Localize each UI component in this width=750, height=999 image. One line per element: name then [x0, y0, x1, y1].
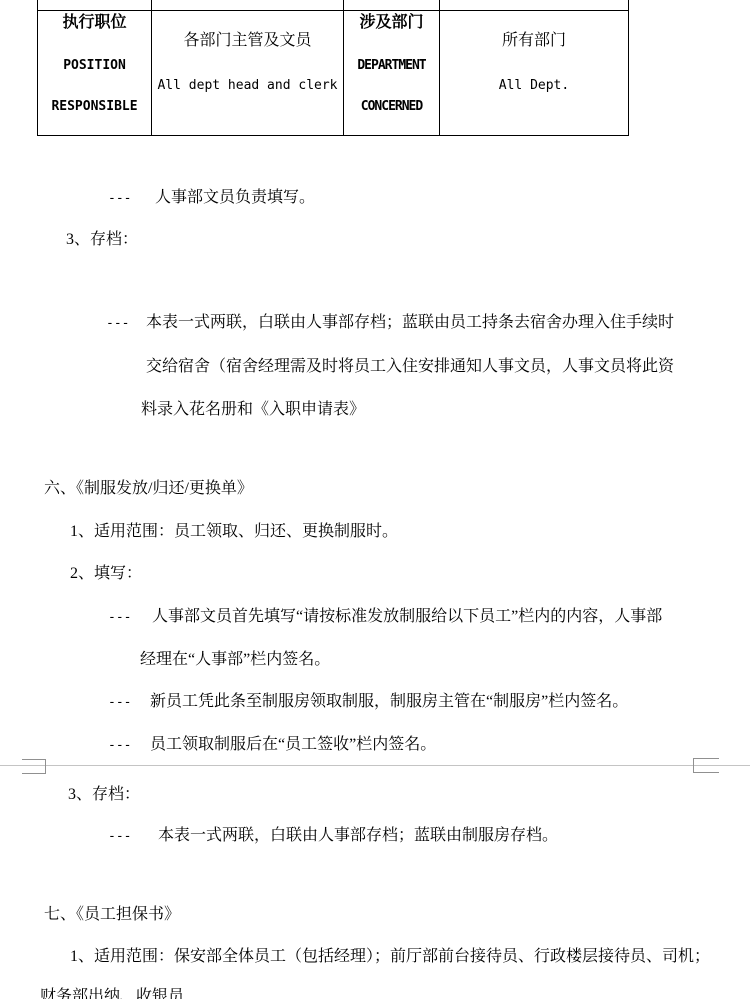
numbered-item-line: 1、适用范围：员工领取、归还、更换制服时。 — [70, 523, 398, 541]
department-header-en2: CONCERNED — [344, 98, 439, 116]
table-cell-empty — [152, 0, 344, 11]
dash-item-line: ---新员工凭此条至制服房领取制服，制服房主管在“制服房”栏内签名。 — [108, 693, 628, 712]
table-cell-empty — [38, 0, 152, 11]
position-value-en: All dept head and clerk — [152, 77, 343, 95]
text-line: 员工领取制服后在“员工签收”栏内签名。 — [150, 736, 436, 753]
continuation-line: 料录入花名册和《入职申请表》 — [141, 401, 365, 419]
numbered-item-line: 3、存档： — [66, 231, 138, 249]
numbered-item-line: 2、填写： — [70, 565, 142, 583]
section-heading: 七、《员工担保书》 — [44, 906, 180, 924]
dash-item-line: ---员工领取制服后在“员工签收”栏内签名。 — [108, 736, 436, 755]
position-header-zh: 执行职位 — [38, 14, 151, 32]
department-header-zh: 涉及部门 — [344, 14, 439, 32]
dash-bullet: --- — [106, 315, 146, 333]
text-line: 六、《制服发放/归还/更换单》 — [44, 480, 253, 497]
numbered-item-line: 3、存档： — [68, 786, 140, 804]
table-row-partial — [38, 0, 629, 11]
continuation-line: 交给宿舍（宿舍经理需及时将员工入住安排通知人事文员，人事文员将此资 — [146, 358, 674, 376]
dash-bullet: --- — [108, 609, 152, 627]
text-line: 2、填写： — [70, 565, 142, 582]
dash-item-line: ---本表一式两联，白联由人事部存档；蓝联由制服房存档。 — [108, 827, 558, 846]
text-line: 七、《员工担保书》 — [44, 906, 180, 923]
numbered-item-line: 1、适用范围：保安部全体员工（包括经理）；前厅部前台接待员、行政楼层接待员、司机… — [70, 948, 710, 966]
department-value-zh: 所有部门 — [440, 32, 628, 50]
text-line: 1、适用范围：保安部全体员工（包括经理）；前厅部前台接待员、行政楼层接待员、司机… — [70, 948, 710, 965]
table-cell-department-value: 所有部门 All Dept. — [440, 11, 629, 136]
continuation-line: 经理在“人事部”栏内签名。 — [140, 651, 330, 669]
table-cell-department-header: 涉及部门 DEPARTMENT CONCERNED — [344, 11, 440, 136]
table-cell-empty — [440, 0, 629, 11]
dash-bullet: --- — [108, 190, 155, 208]
dash-bullet: --- — [108, 694, 150, 712]
document-page: 执行职位 POSITION RESPONSIBLE 各部门主管及文员 All d… — [0, 0, 750, 999]
text-line: 1、适用范围：员工领取、归还、更换制服时。 — [70, 523, 398, 540]
text-line: 交给宿舍（宿舍经理需及时将员工入住安排通知人事文员，人事文员将此资 — [146, 358, 674, 375]
table-cell-position-header: 执行职位 POSITION RESPONSIBLE — [38, 11, 152, 136]
dash-item-line: ---人事部文员首先填写“请按标准发放制服给以下员工”栏内的内容，人事部 — [108, 608, 662, 627]
text-line: 人事部文员负责填写。 — [155, 189, 315, 206]
page-break-line — [0, 765, 750, 766]
text-line: 本表一式两联，白联由人事部存档；蓝联由制服房存档。 — [158, 827, 558, 844]
department-value-en: All Dept. — [440, 77, 628, 95]
responsibility-table-grid: 执行职位 POSITION RESPONSIBLE 各部门主管及文员 All d… — [37, 0, 629, 136]
text-line: 经理在“人事部”栏内签名。 — [140, 651, 330, 668]
responsibility-table: 执行职位 POSITION RESPONSIBLE 各部门主管及文员 All d… — [37, 0, 629, 136]
dash-item-line: ---人事部文员负责填写。 — [108, 189, 315, 208]
section-heading: 六、《制服发放/归还/更换单》 — [44, 480, 253, 498]
text-line: 新员工凭此条至制服房领取制服，制服房主管在“制服房”栏内签名。 — [150, 693, 628, 710]
continuation-line-clipped: 财务部出纳、收银员 — [40, 988, 184, 999]
table-cell-empty — [344, 0, 440, 11]
department-header-en1: DEPARTMENT — [344, 57, 439, 75]
position-header-en2: RESPONSIBLE — [38, 98, 151, 116]
table-row-main: 执行职位 POSITION RESPONSIBLE 各部门主管及文员 All d… — [38, 11, 629, 136]
text-line: 本表一式两联，白联由人事部存档；蓝联由员工持条去宿舍办理入住手续时 — [146, 314, 674, 331]
dash-item-line: ---本表一式两联，白联由人事部存档；蓝联由员工持条去宿舍办理入住手续时 — [106, 314, 674, 333]
page-corner-mark-right — [693, 758, 719, 773]
text-line: 人事部文员首先填写“请按标准发放制服给以下员工”栏内的内容，人事部 — [152, 608, 662, 625]
dash-bullet: --- — [108, 737, 150, 755]
table-cell-position-value: 各部门主管及文员 All dept head and clerk — [152, 11, 344, 136]
position-header-en1: POSITION — [38, 57, 151, 75]
text-line: 料录入花名册和《入职申请表》 — [141, 401, 365, 418]
text-line: 3、存档： — [66, 231, 138, 248]
text-line: 3、存档： — [68, 786, 140, 803]
position-value-zh: 各部门主管及文员 — [152, 32, 343, 50]
text-line: 财务部出纳、收银员 — [40, 988, 184, 999]
dash-bullet: --- — [108, 828, 158, 846]
page-corner-mark-left — [22, 759, 46, 774]
